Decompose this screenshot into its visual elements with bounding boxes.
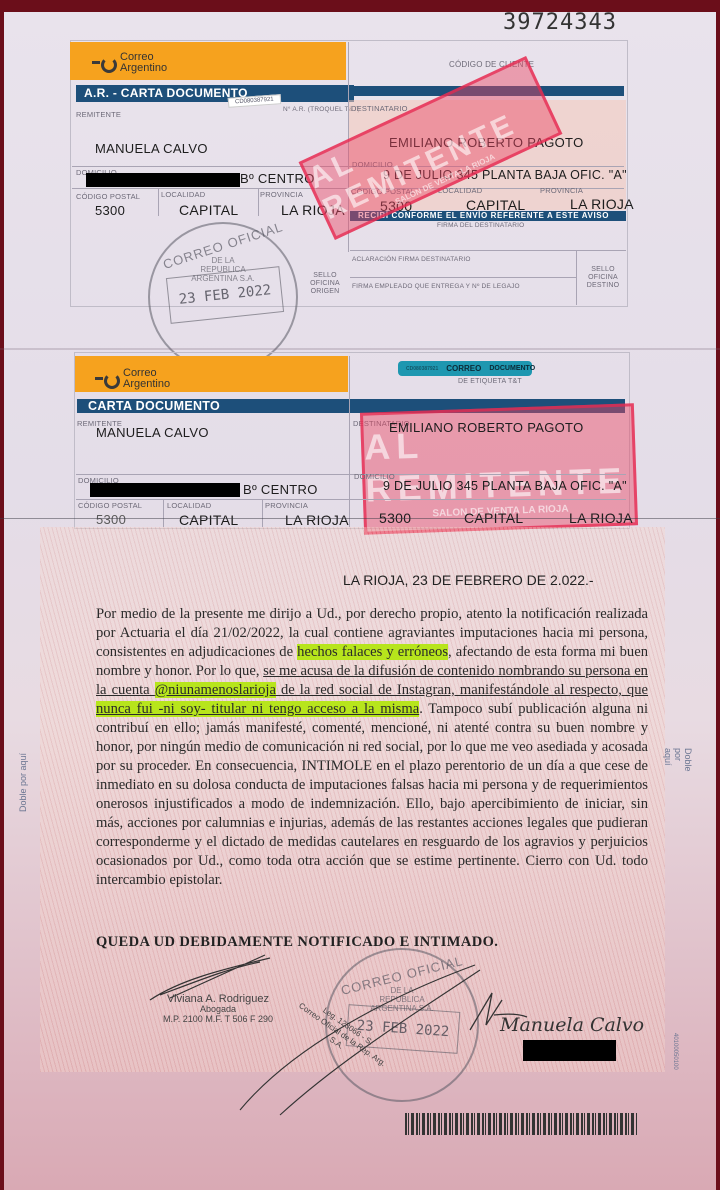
locality-bottom: CAPITAL [179, 512, 238, 528]
correo-logo-icon [95, 372, 117, 386]
fold-line [0, 348, 720, 350]
sender-name-bottom: MANUELA CALVO [96, 425, 209, 440]
fold-line-2 [0, 518, 720, 519]
postal-label-bottom: CÓDIGO POSTAL [78, 501, 142, 510]
form-title: A.R. - CARTA DOCUMENTO [76, 85, 354, 102]
sender-postal-code: 5300 [95, 203, 125, 218]
sender-locality: CAPITAL [179, 202, 238, 218]
form-code: 40100050100 [672, 1033, 678, 1070]
locality-label-bottom: LOCALIDAD [167, 501, 211, 510]
recipient-province: LA RIOJA [570, 196, 634, 212]
letter-body: Por medio de la presente me dirijo a Ud.… [96, 605, 648, 890]
highlight-not-owner: nunca fui -ni soy- titular ni tengo acce… [96, 701, 419, 717]
sender-postal-label: CÓDIGO POSTAL [76, 192, 140, 201]
province-bottom: LA RIOJA [285, 512, 349, 528]
correo-argentino-logo: CorreoArgentino [92, 52, 167, 74]
employee-signature-label: FIRMA EMPLEADO QUE ENTREGA Y Nº DE LEGAJ… [352, 283, 520, 290]
postal-code-bottom: 5300 [96, 512, 126, 527]
form-title-bottom: CARTA DOCUMENTO [88, 398, 288, 414]
recipient-label: DESTINATARIO [351, 104, 408, 113]
serial-number: 39724343 [503, 10, 617, 35]
redacted-dni [523, 1040, 616, 1061]
clarification-label: ACLARACIÓN FIRMA DESTINATARIO [352, 256, 471, 263]
place-date: LA RIOJA, 23 DE FEBRERO DE 2.022.- [343, 572, 594, 588]
fold-here-right: Doble por aquí [663, 748, 693, 775]
destination-seal-label: SELLO OFICINA DESTINO [583, 266, 623, 290]
recipient-name-bottom: EMILIANO ROBERTO PAGOTO [389, 420, 583, 435]
province-label-bottom: PROVINCIA [265, 501, 308, 510]
highlight-false-facts: hechos falaces y erróneos [297, 644, 448, 660]
redacted-address-bottom [90, 483, 240, 497]
sender-province-label: PROVINCIA [260, 190, 303, 199]
closing-statement: QUEDA UD DEBIDAMENTE NOTIFICADO E INTIMA… [96, 934, 498, 951]
correo-logo-icon [92, 56, 114, 70]
redacted-address [86, 173, 240, 187]
highlight-instagram-account: @niunamenoslarioja [155, 682, 276, 698]
origin-seal-label: SELLO OFICINA ORIGEN [308, 272, 342, 296]
correo-argentino-logo-bottom: CorreoArgentino [95, 368, 170, 390]
tt-caption: DE ETIQUETA T&T [458, 378, 522, 385]
recipient-province-label: PROVINCIA [540, 186, 583, 195]
sender-signature-text: Manuela Calvo [500, 1014, 644, 1036]
sender-label: REMITENTE [76, 110, 121, 119]
sender-name: MANUELA CALVO [95, 141, 208, 156]
sender-address-bottom: Bº CENTRO [243, 482, 318, 497]
postal-official-signature [230, 960, 490, 1120]
tt-label-sticker: CD080387921 CORREO DOCUMENTO [398, 361, 532, 376]
fold-here-left: Doble por aquí [18, 753, 28, 812]
recipient-address-bottom: 9 DE JULIO 345 PLANTA BAJA OFIC. "A" [383, 479, 627, 493]
sender-locality-label: LOCALIDAD [161, 190, 205, 199]
recipient-signature-label: FIRMA DEL DESTINATARIO [437, 222, 524, 229]
barcode [405, 1113, 637, 1135]
